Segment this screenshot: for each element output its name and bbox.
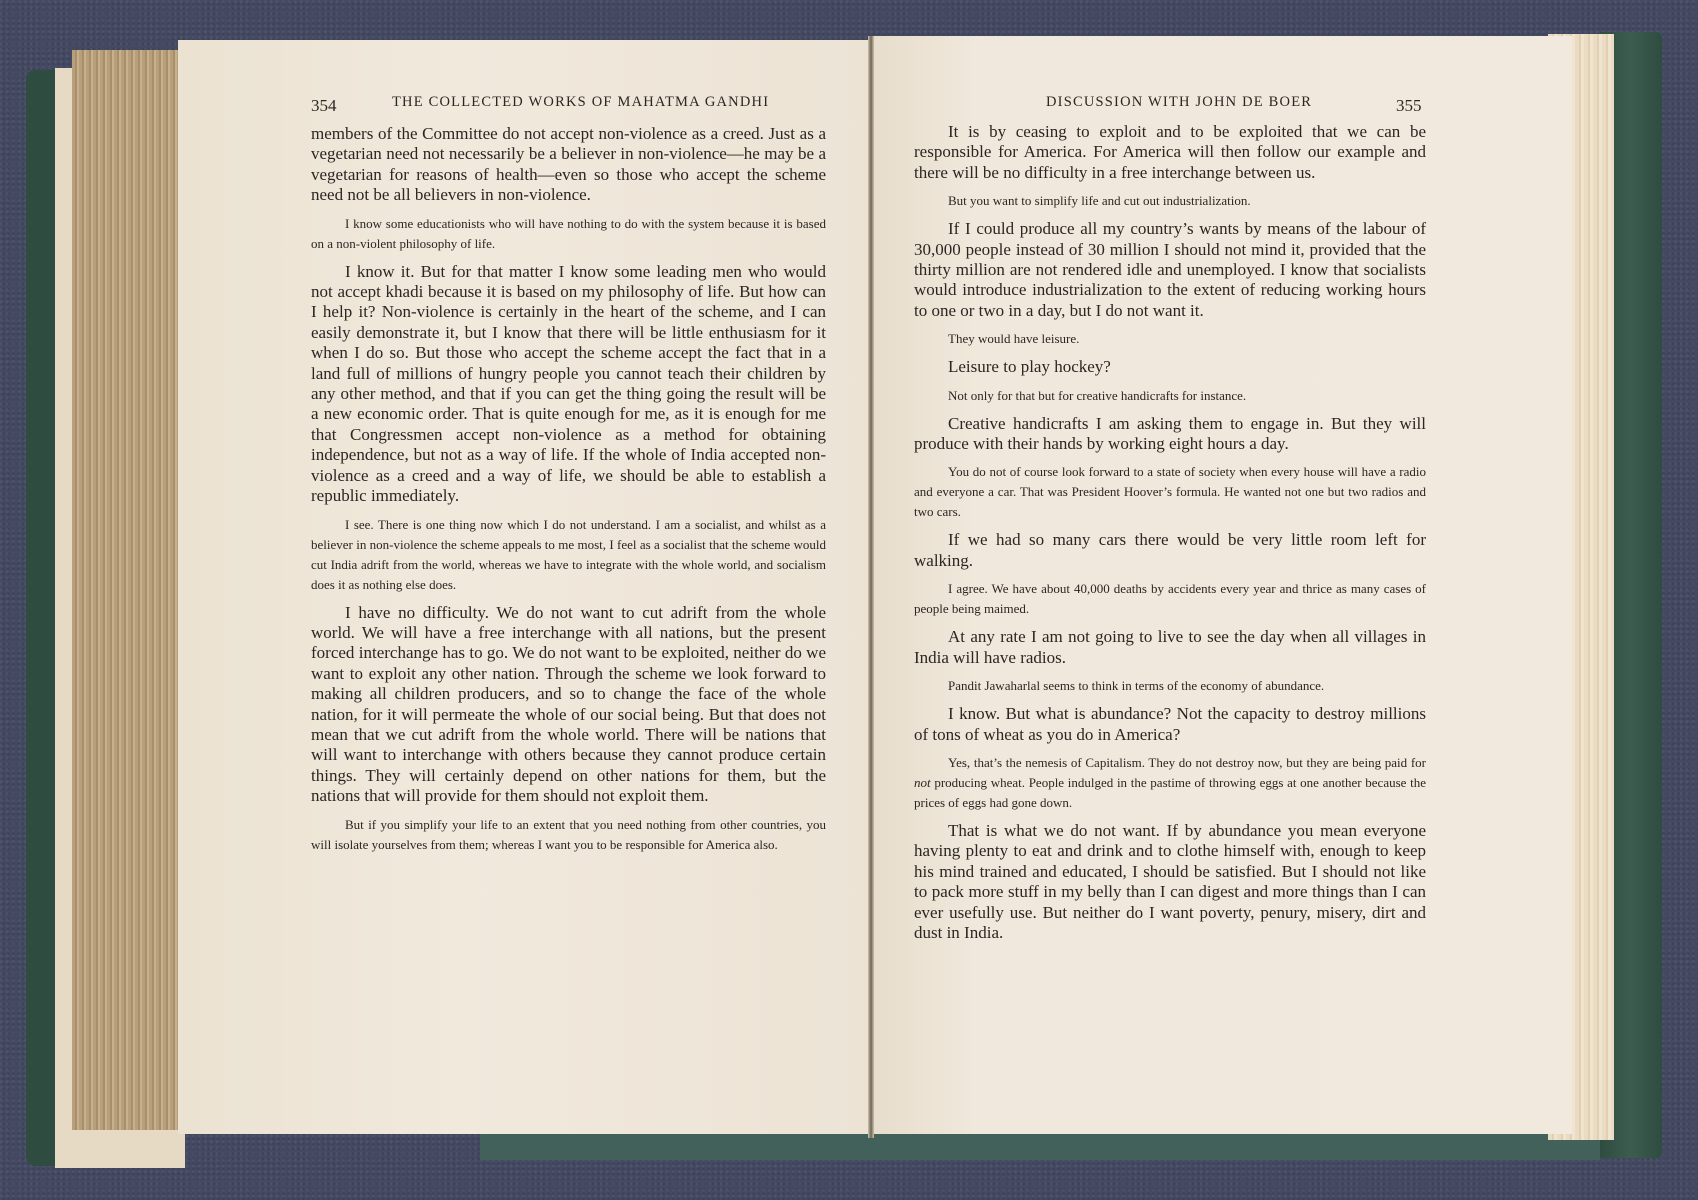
text-segment: Yes, that’s the nemesis of Capitalism. T… — [948, 755, 1426, 770]
paragraph: I have no difficulty. We do not want to … — [311, 603, 826, 807]
paragraph: If I could produce all my country’s want… — [914, 219, 1426, 321]
paragraph: I know it. But for that matter I know so… — [311, 262, 826, 507]
paragraph: members of the Committee do not accept n… — [311, 124, 826, 206]
paragraph: Creative handicrafts I am asking them to… — [914, 414, 1426, 455]
question-paragraph: But if you simplify your life to an exte… — [311, 815, 826, 855]
question-paragraph: Yes, that’s the nemesis of Capitalism. T… — [914, 753, 1426, 813]
emphasis: not — [914, 775, 931, 790]
page-stack-left — [72, 50, 182, 1130]
question-paragraph: But you want to simplify life and cut ou… — [914, 191, 1426, 211]
left-page-body: members of the Committee do not accept n… — [311, 124, 826, 855]
question-paragraph: Pandit Jawaharlal seems to think in term… — [914, 676, 1426, 696]
right-page-number: 355 — [1396, 96, 1422, 116]
paragraph: I know. But what is abundance? Not the c… — [914, 704, 1426, 745]
question-paragraph: I see. There is one thing now which I do… — [311, 515, 826, 595]
question-paragraph: You do not of course look forward to a s… — [914, 462, 1426, 522]
question-paragraph: Not only for that but for creative handi… — [914, 386, 1426, 406]
right-page-body: It is by ceasing to exploit and to be ex… — [914, 122, 1426, 943]
question-paragraph: They would have leisure. — [914, 329, 1426, 349]
paragraph: It is by ceasing to exploit and to be ex… — [914, 122, 1426, 183]
right-running-header: DISCUSSION WITH JOHN DE BOER — [1046, 94, 1312, 111]
paragraph: If we had so many cars there would be ve… — [914, 530, 1426, 571]
question-paragraph: I know some educationists who will have … — [311, 214, 826, 254]
paragraph: That is what we do not want. If by abund… — [914, 821, 1426, 943]
text-segment: producing wheat. People indulged in the … — [914, 775, 1426, 810]
paragraph: Leisure to play hockey? — [914, 357, 1426, 377]
book-gutter — [868, 36, 874, 1138]
left-running-header: THE COLLECTED WORKS OF MAHATMA GANDHI — [392, 94, 769, 111]
book-cover-bottom — [480, 1132, 1600, 1160]
question-paragraph: I agree. We have about 40,000 deaths by … — [914, 579, 1426, 619]
left-page-number: 354 — [311, 96, 337, 116]
paragraph: At any rate I am not going to live to se… — [914, 627, 1426, 668]
